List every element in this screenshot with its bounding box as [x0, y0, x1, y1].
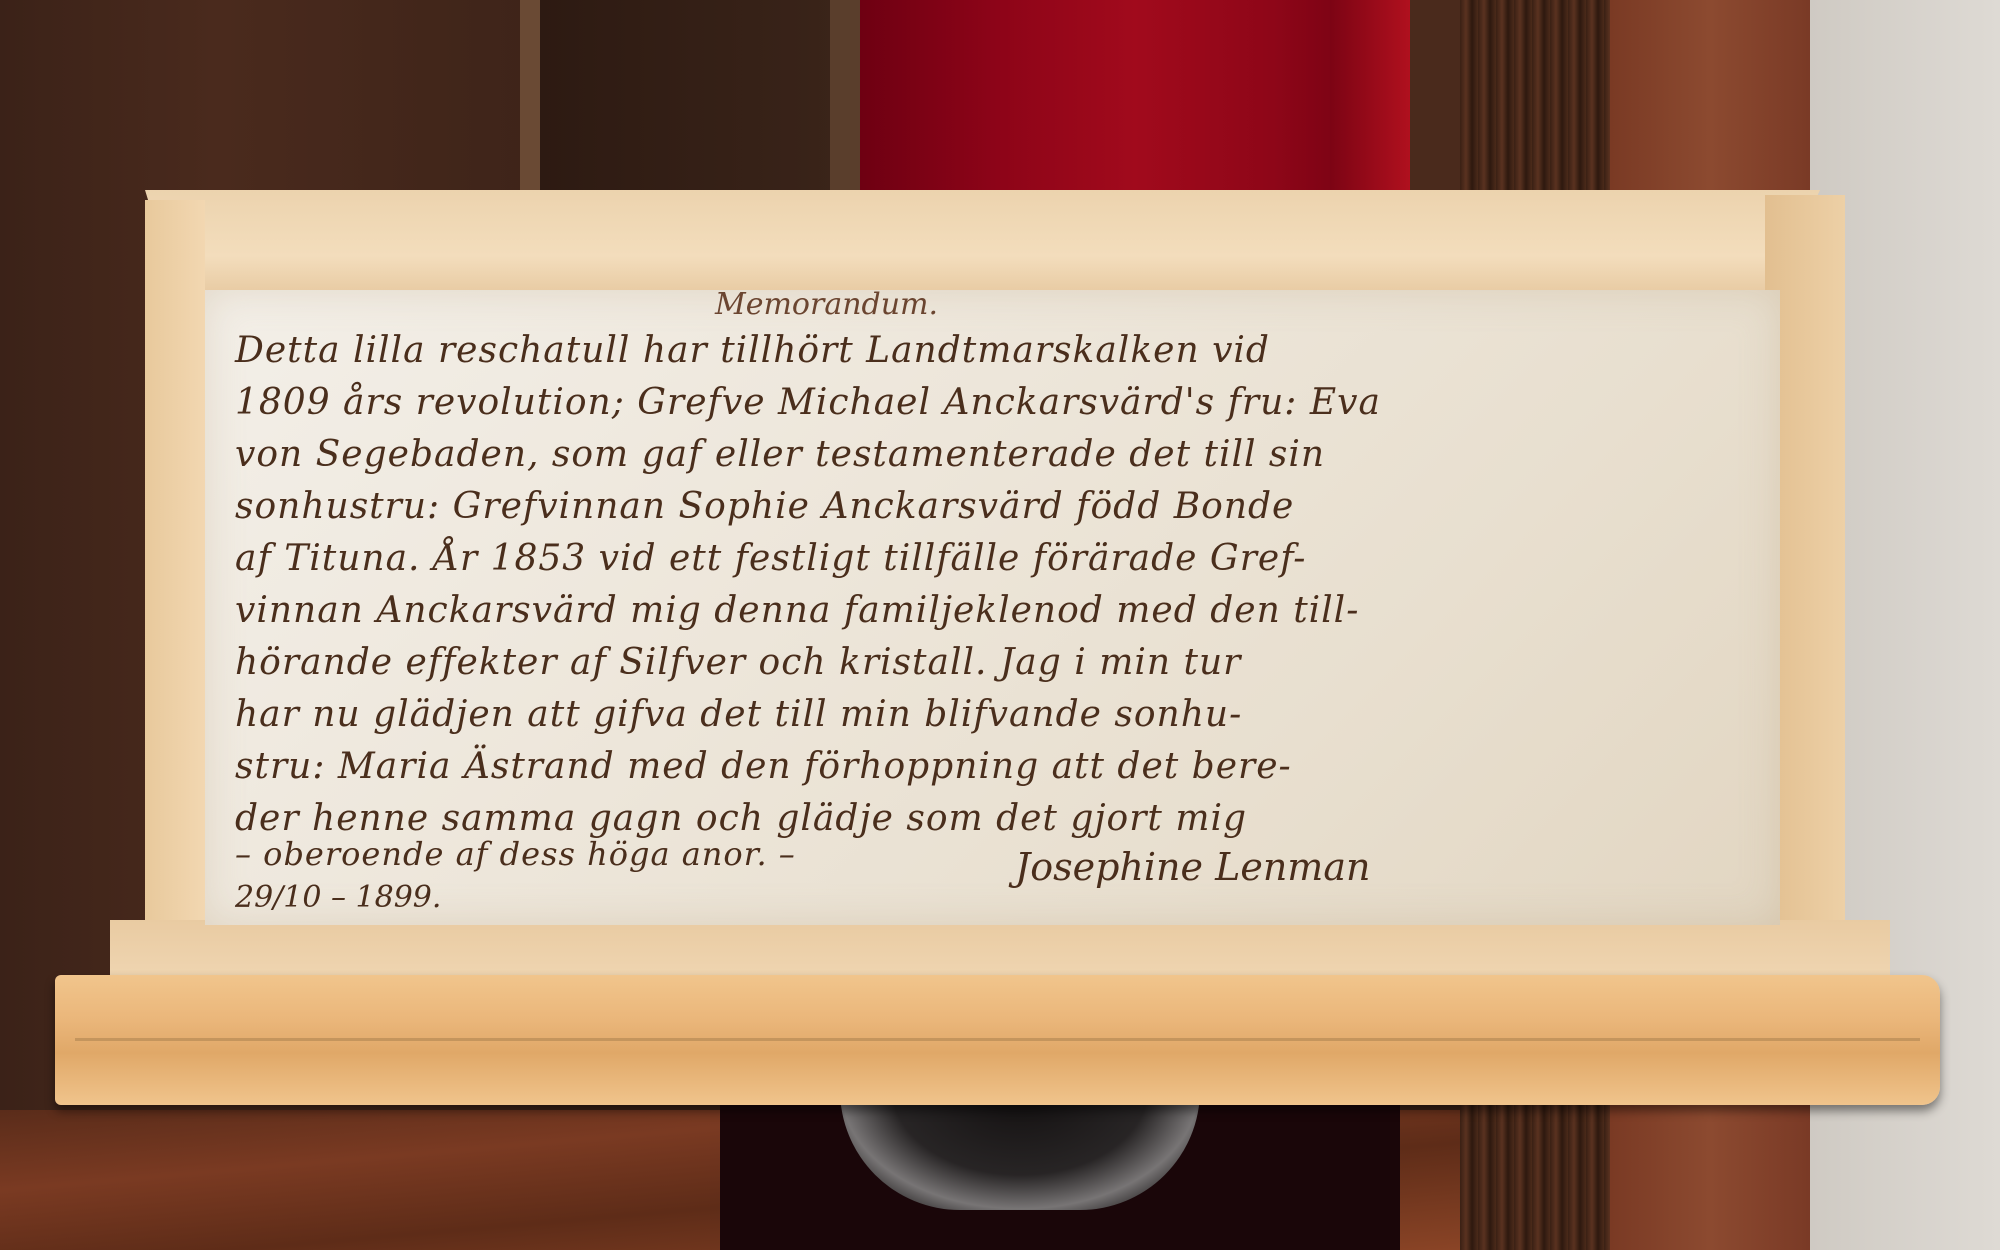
- memorandum-card: Memorandum. Detta lilla reschatull har t…: [205, 290, 1780, 925]
- memo-line: von Segebaden, som gaf eller testamenter…: [235, 434, 1325, 475]
- memo-line: hörande effekter af Silfver och kristall…: [235, 642, 1241, 683]
- memo-line: – oberoende af dess höga anor. –: [235, 835, 796, 873]
- memorandum-title: Memorandum.: [715, 287, 938, 322]
- drawer-left-side: [145, 200, 205, 960]
- memo-line: stru: Maria Ästrand med den förhoppning …: [235, 746, 1292, 787]
- memo-line: af Tituna. År 1853 vid ett festligt till…: [235, 538, 1306, 579]
- memo-line: der henne samma gagn och glädje som det …: [235, 798, 1247, 839]
- drawer-front-groove: [75, 1038, 1920, 1041]
- memo-date: 29/10 – 1899.: [235, 880, 441, 915]
- memo-line: Detta lilla reschatull har tillhört Land…: [235, 330, 1270, 371]
- velvet-fold: [1330, 0, 1410, 210]
- signature: Josephine Lenman: [1015, 845, 1370, 889]
- drawer-back-panel: [145, 190, 1820, 300]
- memo-line: sonhustru: Grefvinnan Sophie Anckarsvärd…: [235, 486, 1294, 527]
- memo-line: vinnan Anckarsvärd mig denna familjeklen…: [235, 590, 1359, 631]
- memo-line: 1809 års revolution; Grefve Michael Anck…: [235, 382, 1381, 423]
- memo-line: har nu glädjen att gifva det till min bl…: [235, 694, 1242, 735]
